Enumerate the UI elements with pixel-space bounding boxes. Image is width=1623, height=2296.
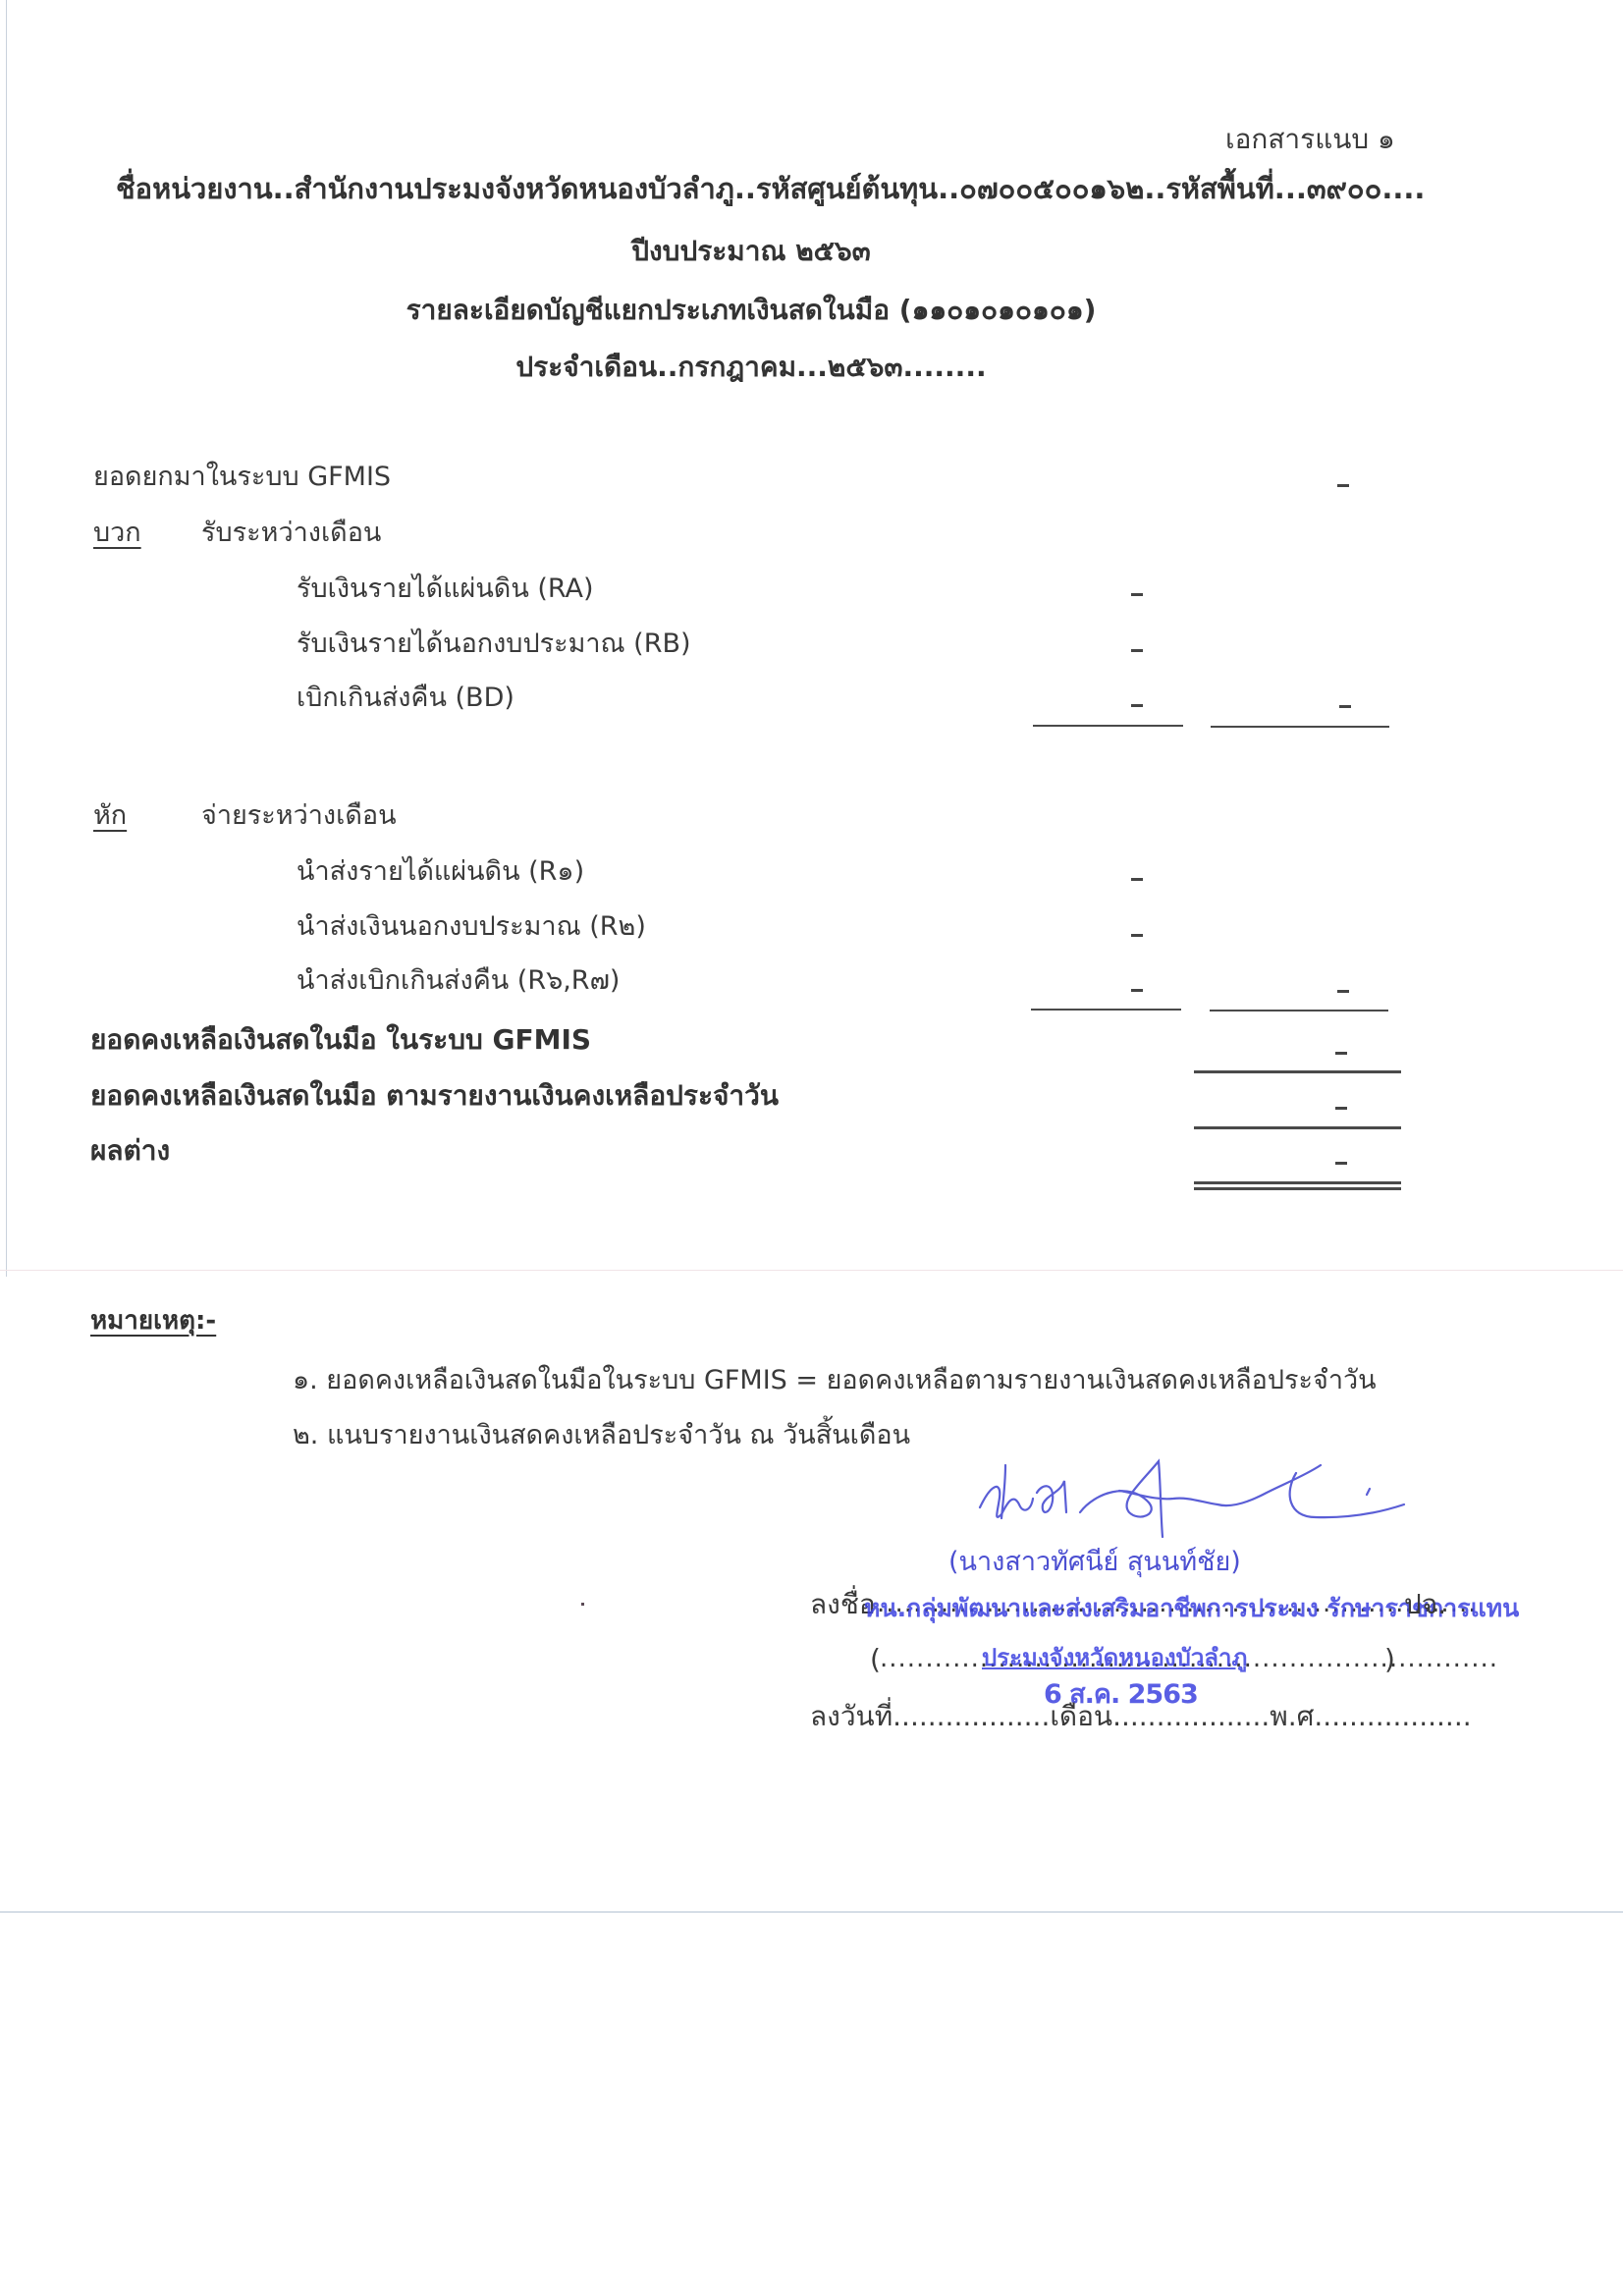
date-line: ลงวันที่..................เดือน.........… [810,1703,1472,1730]
difference-total [1335,1162,1347,1165]
add-total-rule [1211,726,1389,728]
sign-suffix: ปจ. [1404,1591,1446,1618]
balance-gfmis-rule [1194,1070,1401,1073]
less-label: หัก [93,802,127,829]
less-subheading: จ่ายระหว่างเดือน [201,802,397,829]
difference-label: ผลต่าง [90,1137,170,1165]
attachment-label: เอกสารแนบ ๑ [1225,126,1395,153]
report-title: รายละเอียดบัญชีแยกประเภทเงินสดในมือ (๑๑๐… [0,297,1502,324]
org-line: ชื่อหน่วยงาน..สำนักงานประมงจังหวัดหนองบั… [116,175,1425,203]
add-label: บวก [93,519,141,546]
less-item-r6-r7: นำส่งเบิกเกินส่งคืน (R๖,R๗) [297,967,620,994]
office-stamp: ประมงจังหวัดหนองบัวลำภู [982,1638,1247,1676]
add-subheading: รับระหว่างเดือน [201,519,381,546]
carried-forward-total [1337,484,1349,487]
less-item-r6-r7-amount [1131,989,1143,992]
add-subtotal-rule [1033,725,1183,727]
balance-gfmis-label: ยอดคงเหลือเงินสดในมือ ในระบบ GFMIS [90,1026,591,1054]
add-item-ra-amount [1131,593,1143,596]
less-item-r2: นำส่งเงินนอกงบประมาณ (R๒) [297,913,646,940]
note-1: ๑. ยอดคงเหลือเงินสดในมือในระบบ GFMIS = ย… [293,1367,1377,1394]
less-subtotal-rule [1031,1009,1181,1011]
note-2: ๒. แนบรายงานเงินสดคงเหลือประจำวัน ณ วันส… [293,1422,910,1449]
balance-daily-total [1335,1107,1347,1110]
handwritten-signature [972,1453,1424,1552]
report-month: ประจำเดือน..กรกฎาคม...๒๕๖๓........ [0,354,1502,381]
less-item-r2-amount [1131,934,1143,937]
add-item-ra: รับเงินรายได้แผ่นดิน (RA) [297,575,594,602]
difference-rule-2 [1194,1187,1401,1190]
difference-rule-1 [1194,1181,1401,1184]
add-item-bd-amount [1131,704,1143,707]
name-close-paren: ) [1384,1646,1395,1673]
fiscal-year: ปีงบประมาณ ๒๕๖๓ [0,238,1502,265]
balance-daily-label: ยอดคงเหลือเงินสดในมือ ตามรายงานเงินคงเหล… [90,1082,779,1110]
balance-gfmis-total [1335,1052,1347,1055]
notes-heading: หมายเหตุ:- [90,1308,216,1334]
scan-speck [581,1603,584,1606]
less-item-r1-amount [1131,878,1143,881]
add-item-rb-amount [1131,649,1143,652]
add-item-bd: เบิกเกินส่งคืน (BD) [297,684,514,711]
carried-forward-label: ยอดยกมาในระบบ GFMIS [93,464,391,490]
add-total [1339,705,1351,708]
scan-edge-vertical [6,0,7,1277]
less-item-r1: นำส่งรายได้แผ่นดิน (R๑) [297,858,584,885]
add-item-rb: รับเงินรายได้นอกงบประมาณ (RB) [297,630,691,657]
scan-edge-line [0,1270,1623,1271]
less-total [1337,990,1349,993]
balance-daily-rule [1194,1126,1401,1129]
page-bottom-edge [0,1911,1623,1913]
signer-name: (นางสาวทัศนีย์ สุนนท์ชัย) [948,1540,1241,1582]
less-total-rule [1210,1010,1388,1011]
